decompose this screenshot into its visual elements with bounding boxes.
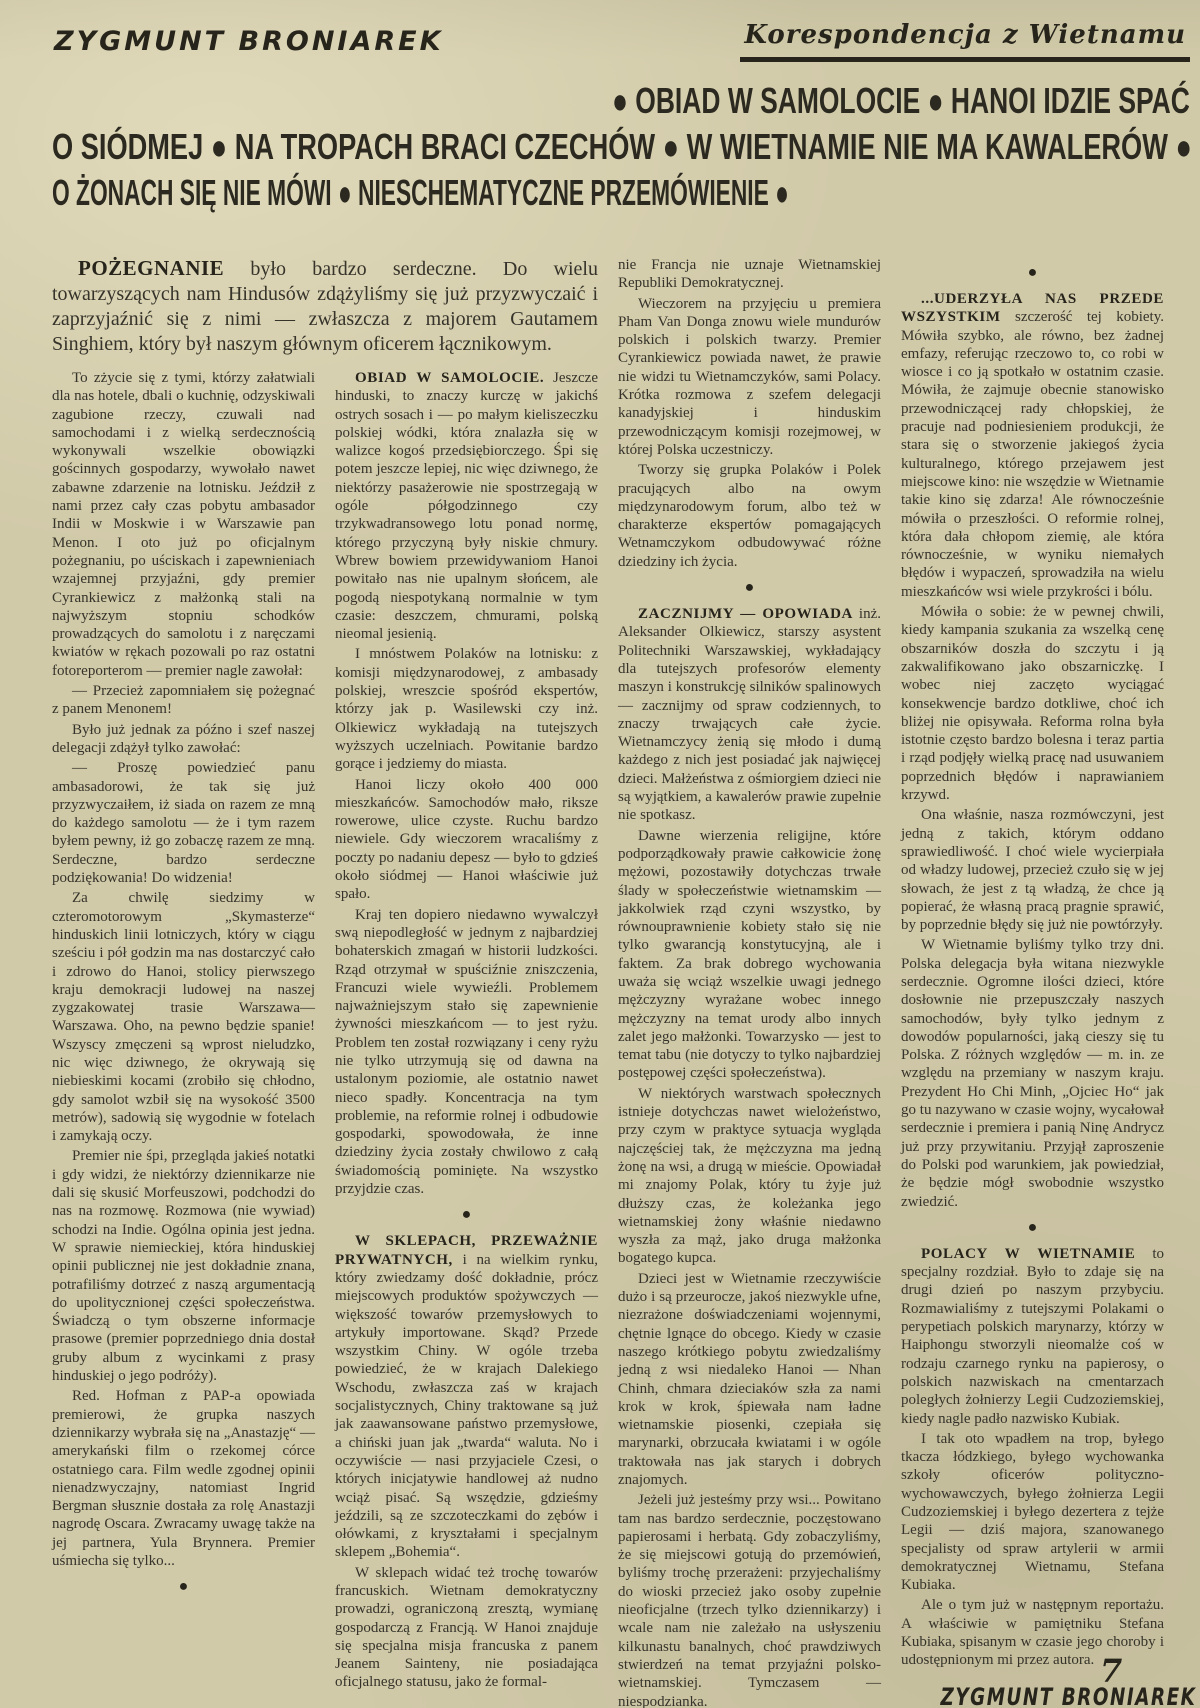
- article-paragraph: Hanoi liczy około 400 000 mieszkańców. S…: [335, 776, 598, 904]
- article-paragraph: ZACZNIJMY — OPOWIADA inż. Aleksander Olk…: [618, 605, 881, 825]
- article-column-1: To zżycie się z tymi, którzy załatwiali …: [52, 369, 315, 1694]
- paragraph-lead-in: OBIAD W SAMOLOCIE.: [355, 370, 544, 386]
- author-byline: ZYGMUNT BRONIAREK: [54, 26, 444, 57]
- columns-1-2: To zżycie się z tymi, którzy załatwiali …: [52, 369, 598, 1694]
- article-paragraph: POLACY W WIETNAMIE to specjalny rozdział…: [901, 1245, 1164, 1428]
- article-paragraph: nie Francja nie uznaje Wietnamskiej Repu…: [618, 256, 881, 293]
- lead-paragraph: POŻEGNANIE było bardzo serdeczne. Do wie…: [52, 256, 598, 357]
- article-column-2: OBIAD W SAMOLOCIE. Jeszcze hinduski, to …: [335, 369, 598, 1694]
- section-divider-dot: ●: [901, 1220, 1164, 1236]
- article-paragraph: I mnóstwem Polaków na lotnisku: z komisj…: [335, 645, 598, 773]
- headline-line-2: O SIÓDMEJ ● NA TROPACH BRACI CZECHÓW ● W…: [52, 126, 1192, 168]
- article-paragraph: W sklepach widać też trochę towarów fran…: [335, 1564, 598, 1692]
- section-divider-dot: ●: [901, 265, 1164, 281]
- article-paragraph: Premier nie śpi, przegląda jakieś notatk…: [52, 1147, 315, 1385]
- newspaper-page: ZYGMUNT BRONIAREK Korespondencja z Wietn…: [0, 0, 1200, 1708]
- article-paragraph: I tak oto wpadłem na trop, byłego tkacza…: [901, 1430, 1164, 1595]
- article-paragraph: Ale o tym już w następnym reportażu. A w…: [901, 1596, 1164, 1669]
- page-number: 7: [1100, 1652, 1122, 1690]
- article-paragraph: ...UDERZYŁA NAS PRZEDE WSZYSTKIM szczero…: [901, 290, 1164, 601]
- article-paragraph: OBIAD W SAMOLOCIE. Jeszcze hinduski, to …: [335, 369, 598, 643]
- article-paragraph: Mówiła o sobie: że w pewnej chwili, kied…: [901, 603, 1164, 804]
- article-paragraph: Dzieci jest w Wietnamie rzeczywiście duż…: [618, 1270, 881, 1490]
- article-paragraph: Wieczorem na przyjęciu u premiera Pham V…: [618, 295, 881, 460]
- article-column-3: nie Francja nie uznaje Wietnamskiej Repu…: [618, 256, 881, 1708]
- article-paragraph: W niektórych warstwach społecznych istni…: [618, 1085, 881, 1268]
- article-paragraph: Za chwilę siedzimy w czteromotorowym „Sk…: [52, 889, 315, 1145]
- article-paragraph: — Proszę powiedzieć panu ambasadorowi, ż…: [52, 759, 315, 887]
- paragraph-lead-in: W SKLEPACH, PRZEWAŻNIE PRYWATNYCH,: [335, 1233, 598, 1267]
- article-paragraph: W SKLEPACH, PRZEWAŻNIE PRYWATNYCH, i na …: [335, 1232, 598, 1561]
- article-paragraph: Było już jednak za późno i szef naszej d…: [52, 721, 315, 758]
- article-paragraph: Red. Hofman z PAP-a opowiada premierowi,…: [52, 1387, 315, 1570]
- paragraph-lead-in: POLACY W WIETNAMIE: [921, 1246, 1135, 1262]
- author-signature: ZYGMUNT BRONIAREK: [940, 1688, 1196, 1706]
- article-paragraph: Kraj ten dopiero niedawno wywalczył swą …: [335, 906, 598, 1199]
- headline-line-1: ● OBIAD W SAMOLOCIE ● HANOI IDZIE SPAĆ: [612, 80, 1190, 122]
- article-paragraph: — Przecież zapomniałem się pożegnać z pa…: [52, 682, 315, 719]
- article-paragraph: Ona właśnie, nasza rozmówczyni, jest jed…: [901, 806, 1164, 934]
- section-divider-dot: ●: [618, 580, 881, 596]
- section-divider-dot: ●: [52, 1579, 315, 1595]
- article-paragraph: Jeżeli już jesteśmy przy wsi... Powitano…: [618, 1491, 881, 1708]
- section-divider-dot: ●: [335, 1207, 598, 1223]
- article-paragraph: W Wietnamie byliśmy tylko trzy dni. Pols…: [901, 936, 1164, 1210]
- article-paragraph: To zżycie się z tymi, którzy załatwiali …: [52, 369, 315, 680]
- headline-line-3: O ŻONACH SIĘ NIE MÓWI ● NIESCHEMATYCZNE …: [52, 172, 789, 214]
- kicker-label: Korespondencja z Wietnamu: [744, 20, 1186, 50]
- paragraph-lead-in: ZACZNIJMY — OPOWIADA: [638, 606, 853, 622]
- article-paragraph: Tworzy się grupka Polaków i Polek pracuj…: [618, 461, 881, 571]
- lead-and-columns-block: POŻEGNANIE było bardzo serdeczne. Do wie…: [52, 256, 598, 1694]
- paragraph-lead-in: ...UDERZYŁA NAS PRZEDE WSZYSTKIM: [901, 291, 1164, 325]
- lead-run-in: POŻEGNANIE: [78, 256, 224, 280]
- article-column-4: ●...UDERZYŁA NAS PRZEDE WSZYSTKIM szczer…: [901, 256, 1164, 1708]
- article-paragraph: Dawne wierzenia religijne, które podporz…: [618, 827, 881, 1083]
- section-kicker: Korespondencja z Wietnamu: [740, 20, 1190, 62]
